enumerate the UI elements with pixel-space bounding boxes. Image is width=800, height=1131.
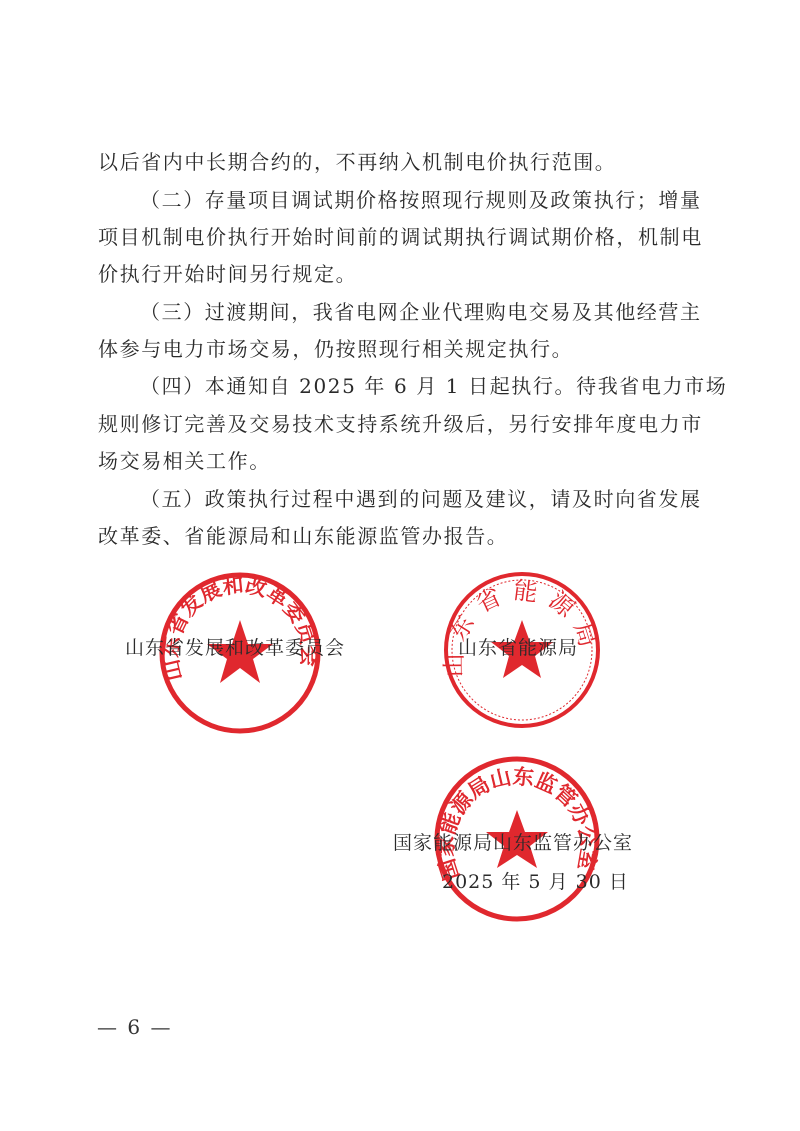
page-number: — 6 — <box>97 1015 172 1039</box>
signature-org-nea-shandong: 国家能源局山东监管办公室 <box>393 831 633 855</box>
body-line-7: （四）本通知自 2025 年 6 月 1 日起执行。待我省电力市场 <box>140 374 727 398</box>
body-line-1: 以后省内中长期合约的，不再纳入机制电价执行范围。 <box>98 150 616 174</box>
body-line-10: （五）政策执行过程中遇到的问题及建议，请及时向省发展 <box>140 487 702 511</box>
signature-date: 2025 年 5 月 30 日 <box>442 870 629 894</box>
signature-org-ndrc: 山东省发展和改革委员会 <box>125 636 345 660</box>
signature-org-energy-bureau: 山东省能源局 <box>458 636 578 660</box>
body-line-2: （二）存量项目调试期价格按照现行规则及政策执行；增量 <box>140 188 702 212</box>
body-line-3: 项目机制电价执行开始时间前的调试期执行调试期价格，机制电 <box>98 225 703 249</box>
body-line-11: 改革委、省能源局和山东能源监管办报告。 <box>98 524 508 548</box>
body-line-6: 体参与电力市场交易，仍按照现行相关规定执行。 <box>98 337 573 361</box>
body-line-4: 价执行开始时间另行规定。 <box>98 262 357 286</box>
body-line-9: 场交易相关工作。 <box>98 449 271 473</box>
body-line-5: （三）过渡期间，我省电网企业代理购电交易及其他经营主 <box>140 300 702 324</box>
body-line-8: 规则修订完善及交易技术支持系统升级后，另行安排年度电力市 <box>98 412 703 436</box>
